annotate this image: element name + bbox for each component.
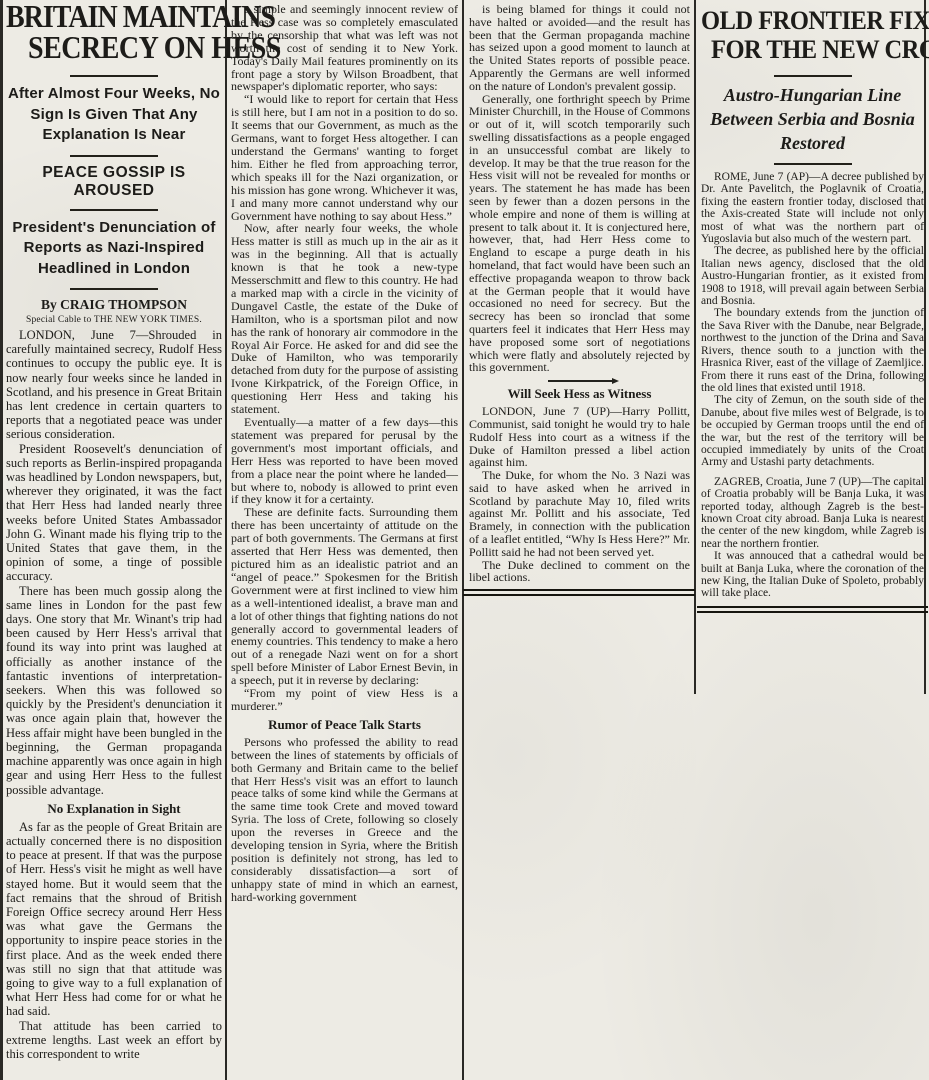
croatia-headline-line1: OLD FRONTIER FIXED bbox=[701, 5, 924, 36]
page-edge-rule-left bbox=[0, 0, 3, 1080]
article-paragraph: The boundary extends from the junction o… bbox=[701, 307, 924, 394]
hess-headline-line1: BRITAIN MAINTAINS bbox=[6, 0, 222, 35]
croatia-deck: Austro-Hungarian Line Between Serbia and… bbox=[701, 83, 924, 155]
croatia-headline-line2: FOR THE NEW CROATIA bbox=[701, 34, 924, 65]
head-rule bbox=[70, 209, 158, 211]
page-edge-rule-right bbox=[924, 0, 926, 694]
article-paragraph: ROME, June 7 (AP)—A decree published by … bbox=[701, 171, 924, 245]
hess-article-column-2: a simple and seemingly innocent review o… bbox=[231, 3, 458, 904]
article-paragraph: That attitude has been carried to extrem… bbox=[6, 1019, 222, 1062]
article-paragraph: The Duke declined to comment on the libe… bbox=[469, 559, 690, 585]
article-paragraph: As far as the people of Great Britain ar… bbox=[6, 820, 222, 1019]
hess-deck-3: President's Denunciation of Reports as N… bbox=[6, 218, 222, 280]
article-paragraph: There has been much gossip along the sam… bbox=[6, 584, 222, 797]
article-paragraph: ZAGREB, Croatia, June 7 (UP)—The capital… bbox=[701, 476, 924, 550]
column-rule-1 bbox=[225, 0, 227, 1080]
article-paragraph: The city of Zemun, on the south side of … bbox=[701, 394, 924, 468]
column-rule-2 bbox=[462, 0, 464, 1080]
article-paragraph: President Roosevelt's denunciation of su… bbox=[6, 442, 222, 584]
hess-article-column-1: BRITAIN MAINTAINS SECRECY ON HESS After … bbox=[6, 0, 222, 1061]
head-rule bbox=[70, 288, 158, 290]
section-subhead: No Explanation in Sight bbox=[6, 801, 222, 817]
article-paragraph: LONDON, June 7—Shrouded in carefully mai… bbox=[6, 328, 222, 442]
article-paragraph: Eventually—a matter of a few days—this s… bbox=[231, 416, 458, 506]
head-rule bbox=[70, 155, 158, 157]
article-paragraph: Persons who professed the ability to rea… bbox=[231, 736, 458, 904]
credit-line: Special Cable to THE NEW YORK TIMES. bbox=[6, 315, 222, 325]
section-divider-arrow bbox=[548, 380, 612, 382]
article-paragraph: Now, after nearly four weeks, the whole … bbox=[231, 222, 458, 416]
article-quote-paragraph: “I would like to report for certain that… bbox=[231, 93, 458, 222]
article-paragraph: is being blamed for things it could not … bbox=[469, 3, 690, 93]
article-paragraph: Generally, one forthright speech by Prim… bbox=[469, 93, 690, 375]
hess-article-column-3: is being blamed for things it could not … bbox=[469, 3, 690, 596]
article-paragraph: LONDON, June 7 (UP)—Harry Pollitt, Commu… bbox=[469, 405, 690, 469]
croatia-article-column: OLD FRONTIER FIXED FOR THE NEW CROATIA A… bbox=[701, 5, 924, 613]
article-paragraph: a simple and seemingly innocent review o… bbox=[231, 3, 458, 93]
article-end-rule bbox=[697, 606, 928, 613]
hess-headline-line2: SECRECY ON HESS bbox=[6, 31, 222, 66]
head-rule bbox=[774, 75, 852, 77]
article-paragraph: It was annouced that a cathedral would b… bbox=[701, 550, 924, 600]
article-paragraph: The decree, as published here by the off… bbox=[701, 245, 924, 307]
article-paragraph: These are definite facts. Surrounding th… bbox=[231, 506, 458, 687]
newspaper-page: BRITAIN MAINTAINS SECRECY ON HESS After … bbox=[0, 0, 929, 1080]
article-end-rule bbox=[463, 589, 695, 596]
head-rule bbox=[774, 163, 852, 165]
hess-deck-1: After Almost Four Weeks, No Sign Is Give… bbox=[6, 84, 222, 146]
section-subhead: Will Seek Hess as Witness bbox=[469, 386, 690, 402]
byline: By CRAIG THOMPSON bbox=[6, 297, 222, 313]
hess-deck-2: PEACE GOSSIP IS AROUSED bbox=[6, 164, 222, 200]
head-rule bbox=[70, 75, 158, 77]
article-paragraph: The Duke, for whom the No. 3 Nazi was sa… bbox=[469, 469, 690, 559]
section-subhead: Rumor of Peace Talk Starts bbox=[231, 717, 458, 733]
article-quote-paragraph: “From my point of view Hess is a murdere… bbox=[231, 687, 458, 713]
